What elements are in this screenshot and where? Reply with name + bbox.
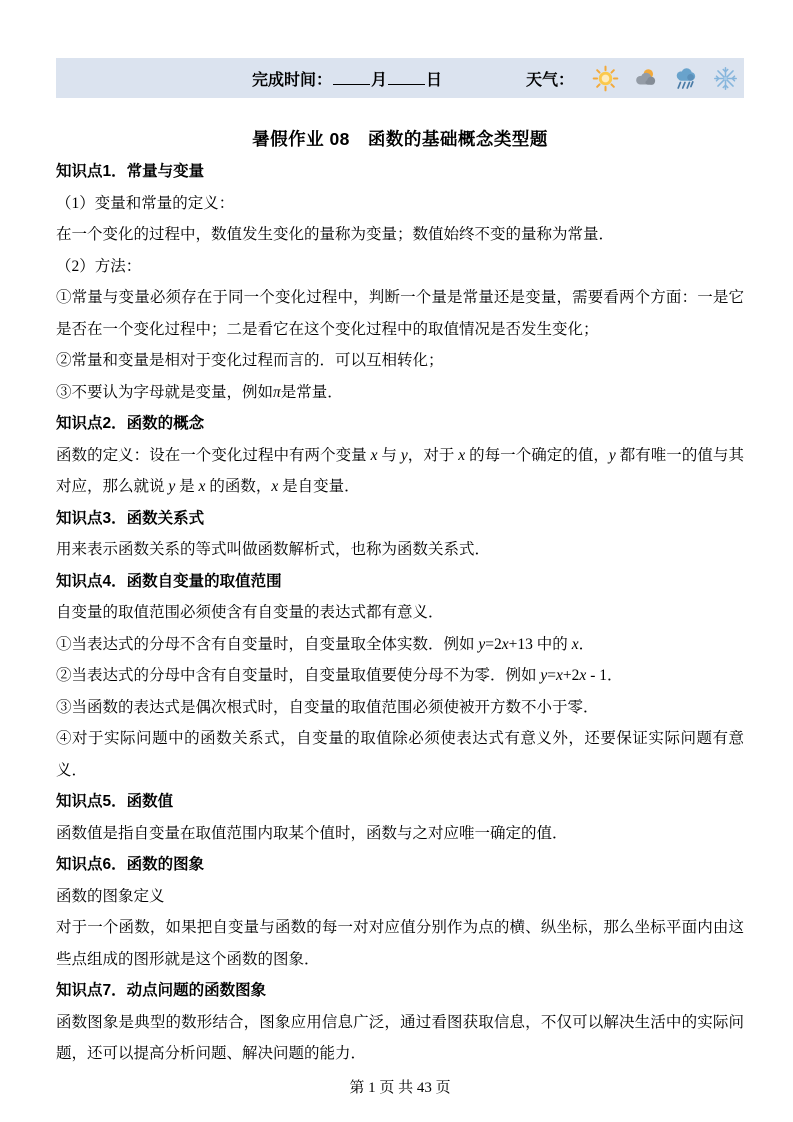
paragraph: 用来表示函数关系的等式叫做函数解析式，也称为函数关系式．: [56, 534, 744, 566]
paragraph: 自变量的取值范围必须使含有自变量的表达式都有意义．: [56, 597, 744, 629]
paragraph: 函数图象是典型的数形结合，图象应用信息广泛，通过看图获取信息，不仅可以解决生活中…: [56, 1007, 744, 1070]
paragraph: 对于一个函数，如果把自变量与函数的每一对对应值分别作为点的横、纵坐标，那么坐标平…: [56, 912, 744, 975]
weather-icons: [592, 65, 739, 92]
completion-time-label: 完成时间：: [252, 67, 332, 90]
paragraph: 函数的图象定义: [56, 881, 744, 913]
paragraph: ②常量和变量是相对于变化过程而言的．可以互相转化；: [56, 345, 744, 377]
snowflake-icon: [712, 65, 739, 92]
section-heading: 知识点7．动点问题的函数图象: [56, 975, 744, 1007]
header-bar: 完成时间： 月 日 天气：: [56, 58, 744, 98]
partly-cloudy-icon: [632, 65, 659, 92]
day-blank: [388, 70, 425, 85]
paragraph: ①常量与变量必须存在于同一个变化过程中，判断一个量是常量还是变量，需要看两个方面…: [56, 282, 744, 345]
page-indicator: 第 1 页 共 43 页: [349, 1080, 450, 1096]
paragraph: ③当函数的表达式是偶次根式时，自变量的取值范围必须使被开方数不小于零．: [56, 692, 744, 724]
sunny-icon: [592, 65, 619, 92]
section-heading: 知识点5．函数值: [56, 786, 744, 818]
section-heading: 知识点3．函数关系式: [56, 503, 744, 535]
paragraph: ③不要认为字母就是变量，例如π是常量．: [56, 377, 744, 409]
paragraph: 在一个变化的过程中，数值发生变化的量称为变量；数值始终不变的量称为常量．: [56, 219, 744, 251]
paragraph: （2）方法：: [56, 251, 744, 283]
page-title: 暑假作业 08 函数的基础概念类型题: [56, 122, 744, 156]
section-heading: 知识点1．常量与变量: [56, 156, 744, 188]
completion-time-field: 完成时间： 月 日: [252, 67, 442, 90]
paragraph: ④对于实际问题中的函数关系式，自变量的取值除必须使表达式有意义外，还要保证实际问…: [56, 723, 744, 786]
page-footer: 第 1 页 共 43 页: [56, 1076, 744, 1100]
paragraph: 函数的定义：设在一个变化过程中有两个变量 x 与 y，对于 x 的每一个确定的值…: [56, 440, 744, 503]
document-body: 知识点1．常量与变量（1）变量和常量的定义：在一个变化的过程中，数值发生变化的量…: [56, 156, 744, 1070]
section-heading: 知识点6．函数的图象: [56, 849, 744, 881]
weather-label: 天气：: [526, 67, 574, 90]
paragraph: ①当表达式的分母不含有自变量时，自变量取全体实数．例如 y=2x+13 中的 x…: [56, 629, 744, 661]
paragraph: 函数值是指自变量在取值范围内取某个值时，函数与之对应唯一确定的值．: [56, 818, 744, 850]
weather-field: 天气：: [526, 67, 574, 90]
paragraph: ②当表达式的分母中含有自变量时，自变量取值要使分母不为零．例如 y=x+2x -…: [56, 660, 744, 692]
paragraph: （1）变量和常量的定义：: [56, 188, 744, 220]
day-label: 日: [426, 67, 442, 90]
document-page: 完成时间： 月 日 天气：: [0, 0, 793, 1122]
section-heading: 知识点4．函数自变量的取值范围: [56, 566, 744, 598]
rain-icon: [672, 65, 699, 92]
month-label: 月: [371, 67, 387, 90]
section-heading: 知识点2．函数的概念: [56, 408, 744, 440]
month-blank: [333, 70, 370, 85]
